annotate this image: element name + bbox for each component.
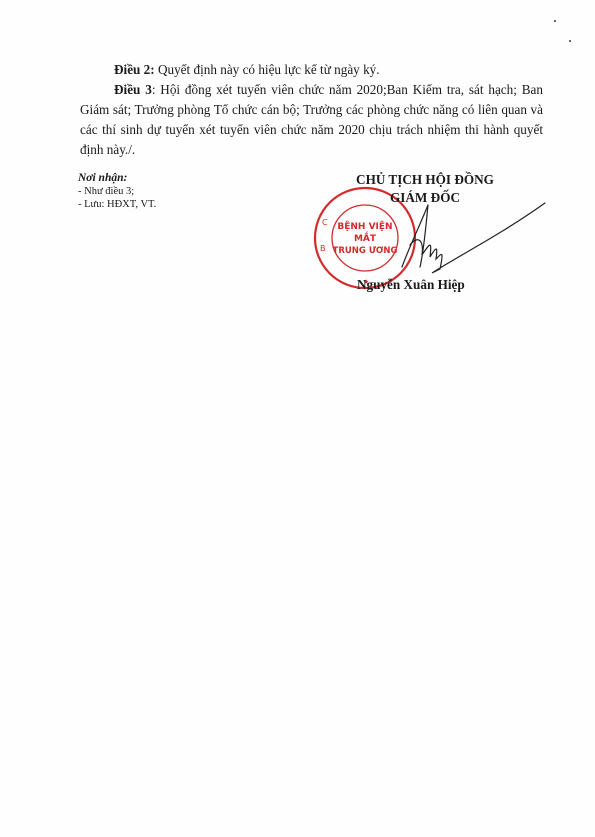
scan-speck [569,40,571,42]
article-2-text: Quyết định này có hiệu lực kể từ ngày ký… [155,62,380,77]
scan-speck [554,20,556,22]
article-3-label: Điều 3 [114,82,152,97]
article-3: Điều 3: Hội đồng xét tuyển viên chức năm… [80,80,543,160]
recipients-block: Nơi nhận: - Như điều 3; - Lưu: HĐXT, VT. [78,172,156,211]
signature-title-line-1: CHỦ TỊCH HỘI ĐỒNG [330,171,520,189]
handwritten-signature [380,195,550,275]
recipients-title: Nơi nhận: [78,172,156,185]
recipient-item: - Lưu: HĐXT, VT. [78,198,156,211]
article-2: Điều 2: Quyết định này có hiệu lực kể từ… [80,60,543,80]
document-page: Điều 2: Quyết định này có hiệu lực kể từ… [0,0,595,837]
signer-name: Nguyễn Xuân Hiệp [357,277,465,293]
body-text: Điều 2: Quyết định này có hiệu lực kể từ… [80,60,543,160]
svg-text:B: B [320,244,326,253]
recipient-item: - Như điều 3; [78,185,156,198]
svg-text:C: C [322,218,328,227]
stamp-line-2: MẮT [354,231,377,244]
article-2-label: Điều 2: [114,62,155,77]
